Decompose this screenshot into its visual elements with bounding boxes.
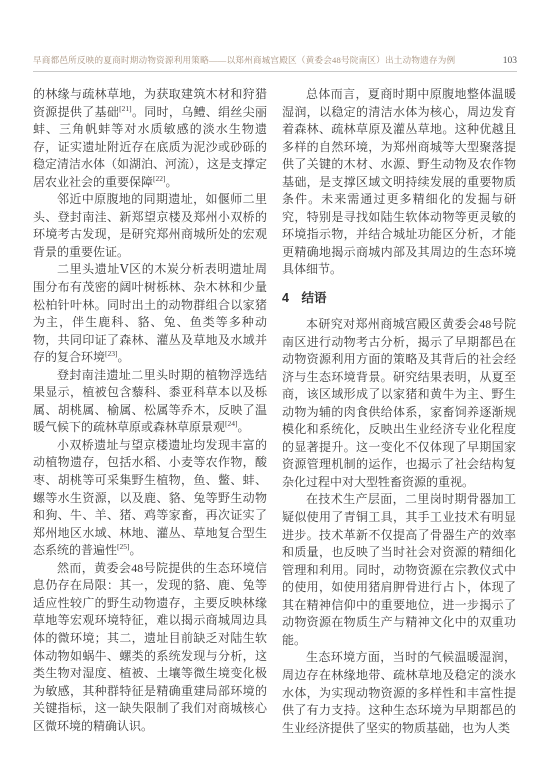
section-title: 结语 bbox=[301, 291, 326, 305]
citation-ref: [21] bbox=[119, 104, 132, 113]
text-run: 。 bbox=[130, 543, 142, 557]
running-title: 早商都邑所反映的夏商时期动物资源利用策略——以郑州商城宫殿区（黄委会48号院南区… bbox=[33, 54, 455, 66]
citation-ref: [24] bbox=[225, 419, 238, 428]
right-column: 总体而言，夏商时期中原腹地整体温暖湿润，以稳定的清洁水体为核心，周边发育着森林、… bbox=[282, 86, 516, 737]
body-paragraph: 的林缘与疏林草地，为获取建筑木材和狩猎资源提供了基础[21]。同时，乌鳢、绢丝尖… bbox=[33, 86, 267, 191]
citation-ref: [23] bbox=[105, 349, 118, 358]
text-run: 。 bbox=[118, 350, 130, 364]
body-paragraph: 登封南洼遗址二里头时期的植物浮选结果显示，植被包含藜科、黍亚科草本以及栎属、胡桃… bbox=[33, 367, 267, 437]
body-paragraph: 本研究对郑州商城宫殿区黄委会48号院南区进行动物考古分析，揭示了早期都邑在动物资… bbox=[282, 316, 516, 491]
body-paragraph: 生态环境方面，当时的气候温暖湿润，周边存在林缘地带、疏林草地及稳定的淡水水体，为… bbox=[282, 649, 516, 737]
section-number: 4 bbox=[282, 291, 289, 305]
left-column: 的林缘与疏林草地，为获取建筑木材和狩猎资源提供了基础[21]。同时，乌鳢、绢丝尖… bbox=[33, 86, 267, 737]
text-run: 在技术生产层面，二里岗时期骨器加工疑似使用了青铜工具，其手工业技术有明显进步。技… bbox=[282, 492, 516, 646]
text-run: 本研究对郑州商城宫殿区黄委会48号院南区进行动物考古分析，揭示了早期都邑在动物资… bbox=[282, 317, 516, 489]
body-paragraph: 然而，黄委会48号院提供的生态环境信息仍存在局限：其一，发现的貉、鹿、兔等适应性… bbox=[33, 560, 267, 735]
text-run: 总体而言，夏商时期中原腹地整体温暖湿润，以稳定的清洁水体为核心，周边发育着森林、… bbox=[282, 87, 516, 276]
text-columns: 的林缘与疏林草地，为获取建筑木材和狩猎资源提供了基础[21]。同时，乌鳢、绢丝尖… bbox=[33, 86, 517, 737]
running-header: 早商都邑所反映的夏商时期动物资源利用策略——以郑州商城宫殿区（黄委会48号院南区… bbox=[33, 54, 517, 66]
text-run: 邻近中原腹地的同期遗址，如偃师二里头、登封南洼、新郑望京楼及郑州小双桥的环境考古… bbox=[33, 192, 267, 259]
body-paragraph: 总体而言，夏商时期中原腹地整体温暖湿润，以稳定的清洁水体为核心，周边发育着森林、… bbox=[282, 86, 516, 279]
text-run: 二里头遗址Ⅴ区的木炭分析表明遗址周围分布有茂密的阔叶树栎林、杂木林和少量松柏针叶… bbox=[33, 262, 267, 364]
text-run: 。 bbox=[166, 175, 178, 189]
body-paragraph: 小双桥遗址与望京楼遗址均发现丰富的动植物遗存，包括水稻、小麦等农作物，酸枣、胡桃… bbox=[33, 437, 267, 560]
page-number: 103 bbox=[503, 56, 517, 66]
header-divider bbox=[33, 71, 517, 72]
body-paragraph: 在技术生产层面，二里岗时期骨器加工疑似使用了青铜工具，其手工业技术有明显进步。技… bbox=[282, 491, 516, 649]
body-paragraph: 二里头遗址Ⅴ区的木炭分析表明遗址周围分布有茂密的阔叶树栎林、杂木林和少量松柏针叶… bbox=[33, 261, 267, 366]
citation-ref: [22] bbox=[153, 174, 166, 183]
text-run: 生态环境方面，当时的气候温暖湿润，周边存在林缘地带、疏林草地及稳定的淡水水体，为… bbox=[282, 650, 516, 734]
text-run: 。 bbox=[238, 420, 250, 434]
section-heading: 4结语 bbox=[282, 288, 516, 306]
body-paragraph: 邻近中原腹地的同期遗址，如偃师二里头、登封南洼、新郑望京楼及郑州小双桥的环境考古… bbox=[33, 191, 267, 261]
text-run: 小双桥遗址与望京楼遗址均发现丰富的动植物遗存，包括水稻、小麦等农作物，酸枣、胡桃… bbox=[33, 438, 267, 557]
citation-ref: [25] bbox=[117, 542, 130, 551]
text-run: 然而，黄委会48号院提供的生态环境信息仍存在局限：其一，发现的貉、鹿、兔等适应性… bbox=[33, 561, 267, 733]
paper-page: 早商都邑所反映的夏商时期动物资源利用策略——以郑州商城宫殿区（黄委会48号院南区… bbox=[0, 0, 550, 772]
